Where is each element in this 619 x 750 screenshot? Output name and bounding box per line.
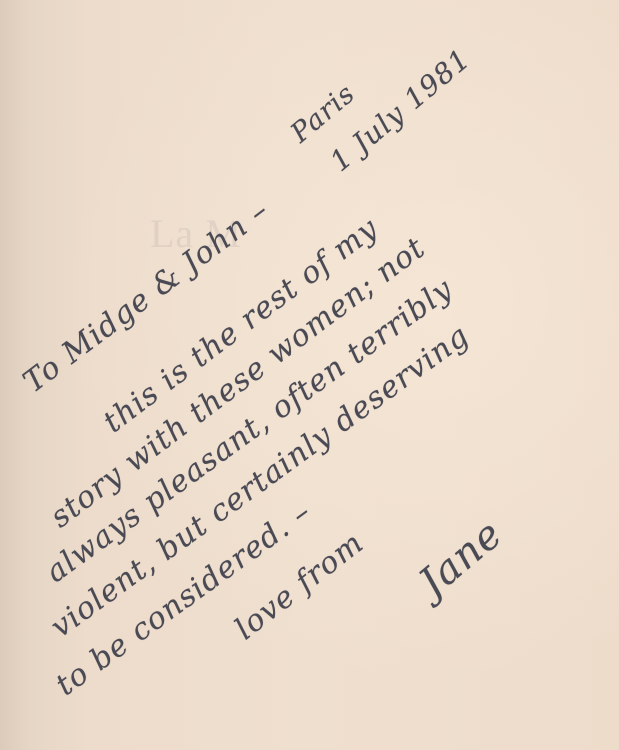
inscription-signature: Jane <box>410 511 511 606</box>
book-page: La M Paris 1 July 1981 To Midge & John –… <box>0 0 619 750</box>
